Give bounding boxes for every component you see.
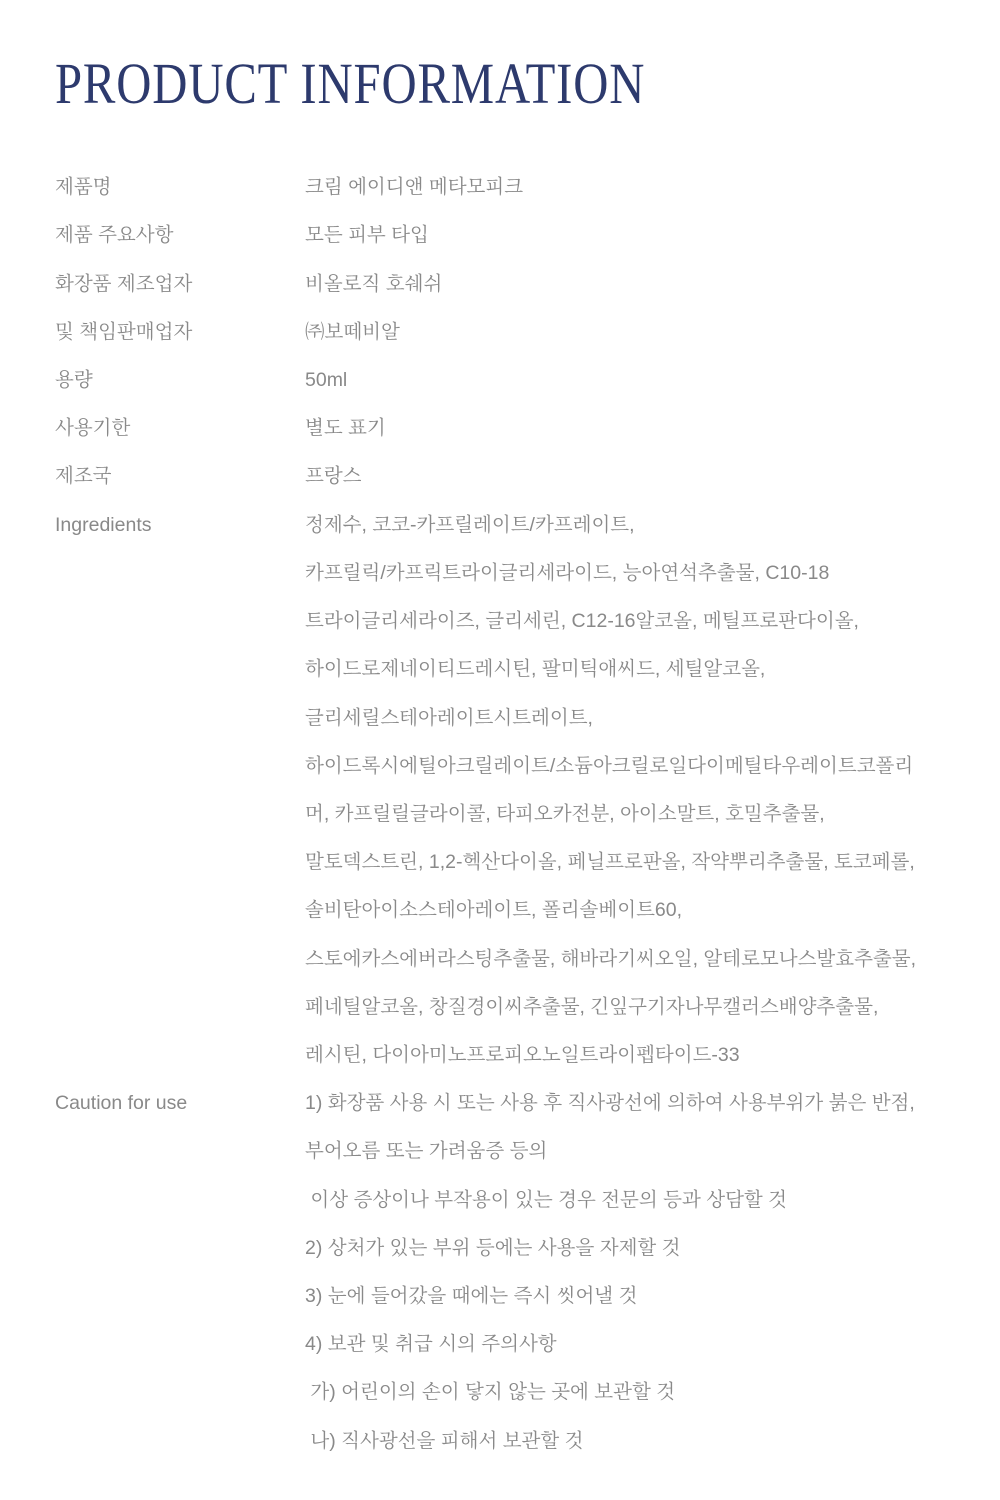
field-value-line: 2) 상처가 있는 부위 등에는 사용을 자제할 것 bbox=[305, 1224, 970, 1272]
field-label: 제품 주요사항 bbox=[55, 211, 305, 259]
field-label: Caution for use bbox=[55, 1079, 305, 1127]
field-value: 50ml bbox=[305, 356, 970, 404]
field-label: 제조국 bbox=[55, 452, 305, 500]
field-value: 1) 화장품 사용 시 또는 사용 후 직사광선에 의하여 사용부위가 붉은 반… bbox=[305, 1079, 970, 1465]
field-value-line: 카프릴릭/카프릭트라이글리세라이드, 능아연석추출물, C10-18 bbox=[305, 549, 970, 597]
field-value: 비올로직 호쉐쉬 bbox=[305, 260, 970, 308]
field-label: 제품명 bbox=[55, 163, 305, 211]
field-value-line: ㈜보떼비알 bbox=[305, 308, 970, 356]
field-value-line: 50ml bbox=[305, 356, 970, 404]
field-row: Ingredients정제수, 코코-카프릴레이트/카프레이트,카프릴릭/카프릭… bbox=[55, 501, 970, 1079]
field-label: 사용기한 bbox=[55, 404, 305, 452]
field-value-line: 정제수, 코코-카프릴레이트/카프레이트, bbox=[305, 501, 970, 549]
field-value-line: 이상 증상이나 부작용이 있는 경우 전문의 등과 상담할 것 bbox=[305, 1176, 970, 1224]
field-label: 화장품 제조업자 bbox=[55, 260, 305, 308]
field-row: 및 책임판매업자㈜보떼비알 bbox=[55, 308, 970, 356]
field-value: 크림 에이디앤 메타모피크 bbox=[305, 163, 970, 211]
field-label: Ingredients bbox=[55, 501, 305, 549]
field-value-line: 부어오름 또는 가려움증 등의 bbox=[305, 1127, 970, 1175]
field-value-line: 4) 보관 및 취급 시의 주의사항 bbox=[305, 1320, 970, 1368]
field-value-line: 하이드록시에틸아크릴레이트/소듐아크릴로일다이메틸타우레이트코폴리 bbox=[305, 742, 970, 790]
field-value-line: 프랑스 bbox=[305, 452, 970, 500]
field-label: 및 책임판매업자 bbox=[55, 308, 305, 356]
field-row: 용량50ml bbox=[55, 356, 970, 404]
fields: 제품명크림 에이디앤 메타모피크제품 주요사항모든 피부 타입화장품 제조업자비… bbox=[55, 163, 970, 1464]
field-value-line: 머, 카프릴릴글라이콜, 타피오카전분, 아이소말트, 호밀추출물, bbox=[305, 790, 970, 838]
field-value-line: 별도 표기 bbox=[305, 404, 970, 452]
field-value-line: 가) 어린이의 손이 닿지 않는 곳에 보관할 것 bbox=[305, 1368, 970, 1416]
field-value-line: 나) 직사광선을 피해서 보관할 것 bbox=[305, 1417, 970, 1465]
field-row: 제품명크림 에이디앤 메타모피크 bbox=[55, 163, 970, 211]
field-row: 제조국프랑스 bbox=[55, 452, 970, 500]
field-value-line: 모든 피부 타입 bbox=[305, 211, 970, 259]
field-value-line: 비올로직 호쉐쉬 bbox=[305, 260, 970, 308]
field-row: Caution for use1) 화장품 사용 시 또는 사용 후 직사광선에… bbox=[55, 1079, 970, 1465]
field-value-line: 3) 눈에 들어갔을 때에는 즉시 씻어낼 것 bbox=[305, 1272, 970, 1320]
field-value-line: 1) 화장품 사용 시 또는 사용 후 직사광선에 의하여 사용부위가 붉은 반… bbox=[305, 1079, 970, 1127]
field-value: 정제수, 코코-카프릴레이트/카프레이트,카프릴릭/카프릭트라이글리세라이드, … bbox=[305, 501, 970, 1079]
field-value: 별도 표기 bbox=[305, 404, 970, 452]
field-label: 용량 bbox=[55, 356, 305, 404]
product-information-page: PRODUCT INFORMATION 제품명크림 에이디앤 메타모피크제품 주… bbox=[0, 0, 1000, 1500]
field-value: 프랑스 bbox=[305, 452, 970, 500]
field-value-line: 레시틴, 다이아미노프로피오노일트라이펩타이드-33 bbox=[305, 1031, 970, 1079]
field-value-line: 말토덱스트린, 1,2-헥산다이올, 페닐프로판올, 작약뿌리추출물, 토코페롤… bbox=[305, 838, 970, 886]
field-row: 사용기한별도 표기 bbox=[55, 404, 970, 452]
field-value-line: 페네틸알코올, 창질경이씨추출물, 긴잎구기자나무캘러스배양추출물, bbox=[305, 983, 970, 1031]
field-value-line: 솔비탄아이소스테아레이트, 폴리솔베이트60, bbox=[305, 886, 970, 934]
field-row: 제품 주요사항모든 피부 타입 bbox=[55, 211, 970, 259]
page-title: PRODUCT INFORMATION bbox=[55, 50, 824, 117]
field-value-line: 글리세릴스테아레이트시트레이트, bbox=[305, 694, 970, 742]
field-value-line: 크림 에이디앤 메타모피크 bbox=[305, 163, 970, 211]
field-value: ㈜보떼비알 bbox=[305, 308, 970, 356]
field-value-line: 스토에카스에버라스팅추출물, 해바라기씨오일, 알테로모나스발효추출물, bbox=[305, 935, 970, 983]
field-value-line: 하이드로제네이티드레시틴, 팔미틱애씨드, 세틸알코올, bbox=[305, 645, 970, 693]
field-row: 화장품 제조업자비올로직 호쉐쉬 bbox=[55, 260, 970, 308]
field-value: 모든 피부 타입 bbox=[305, 211, 970, 259]
field-value-line: 트라이글리세라이즈, 글리세린, C12-16알코올, 메틸프로판다이올, bbox=[305, 597, 970, 645]
